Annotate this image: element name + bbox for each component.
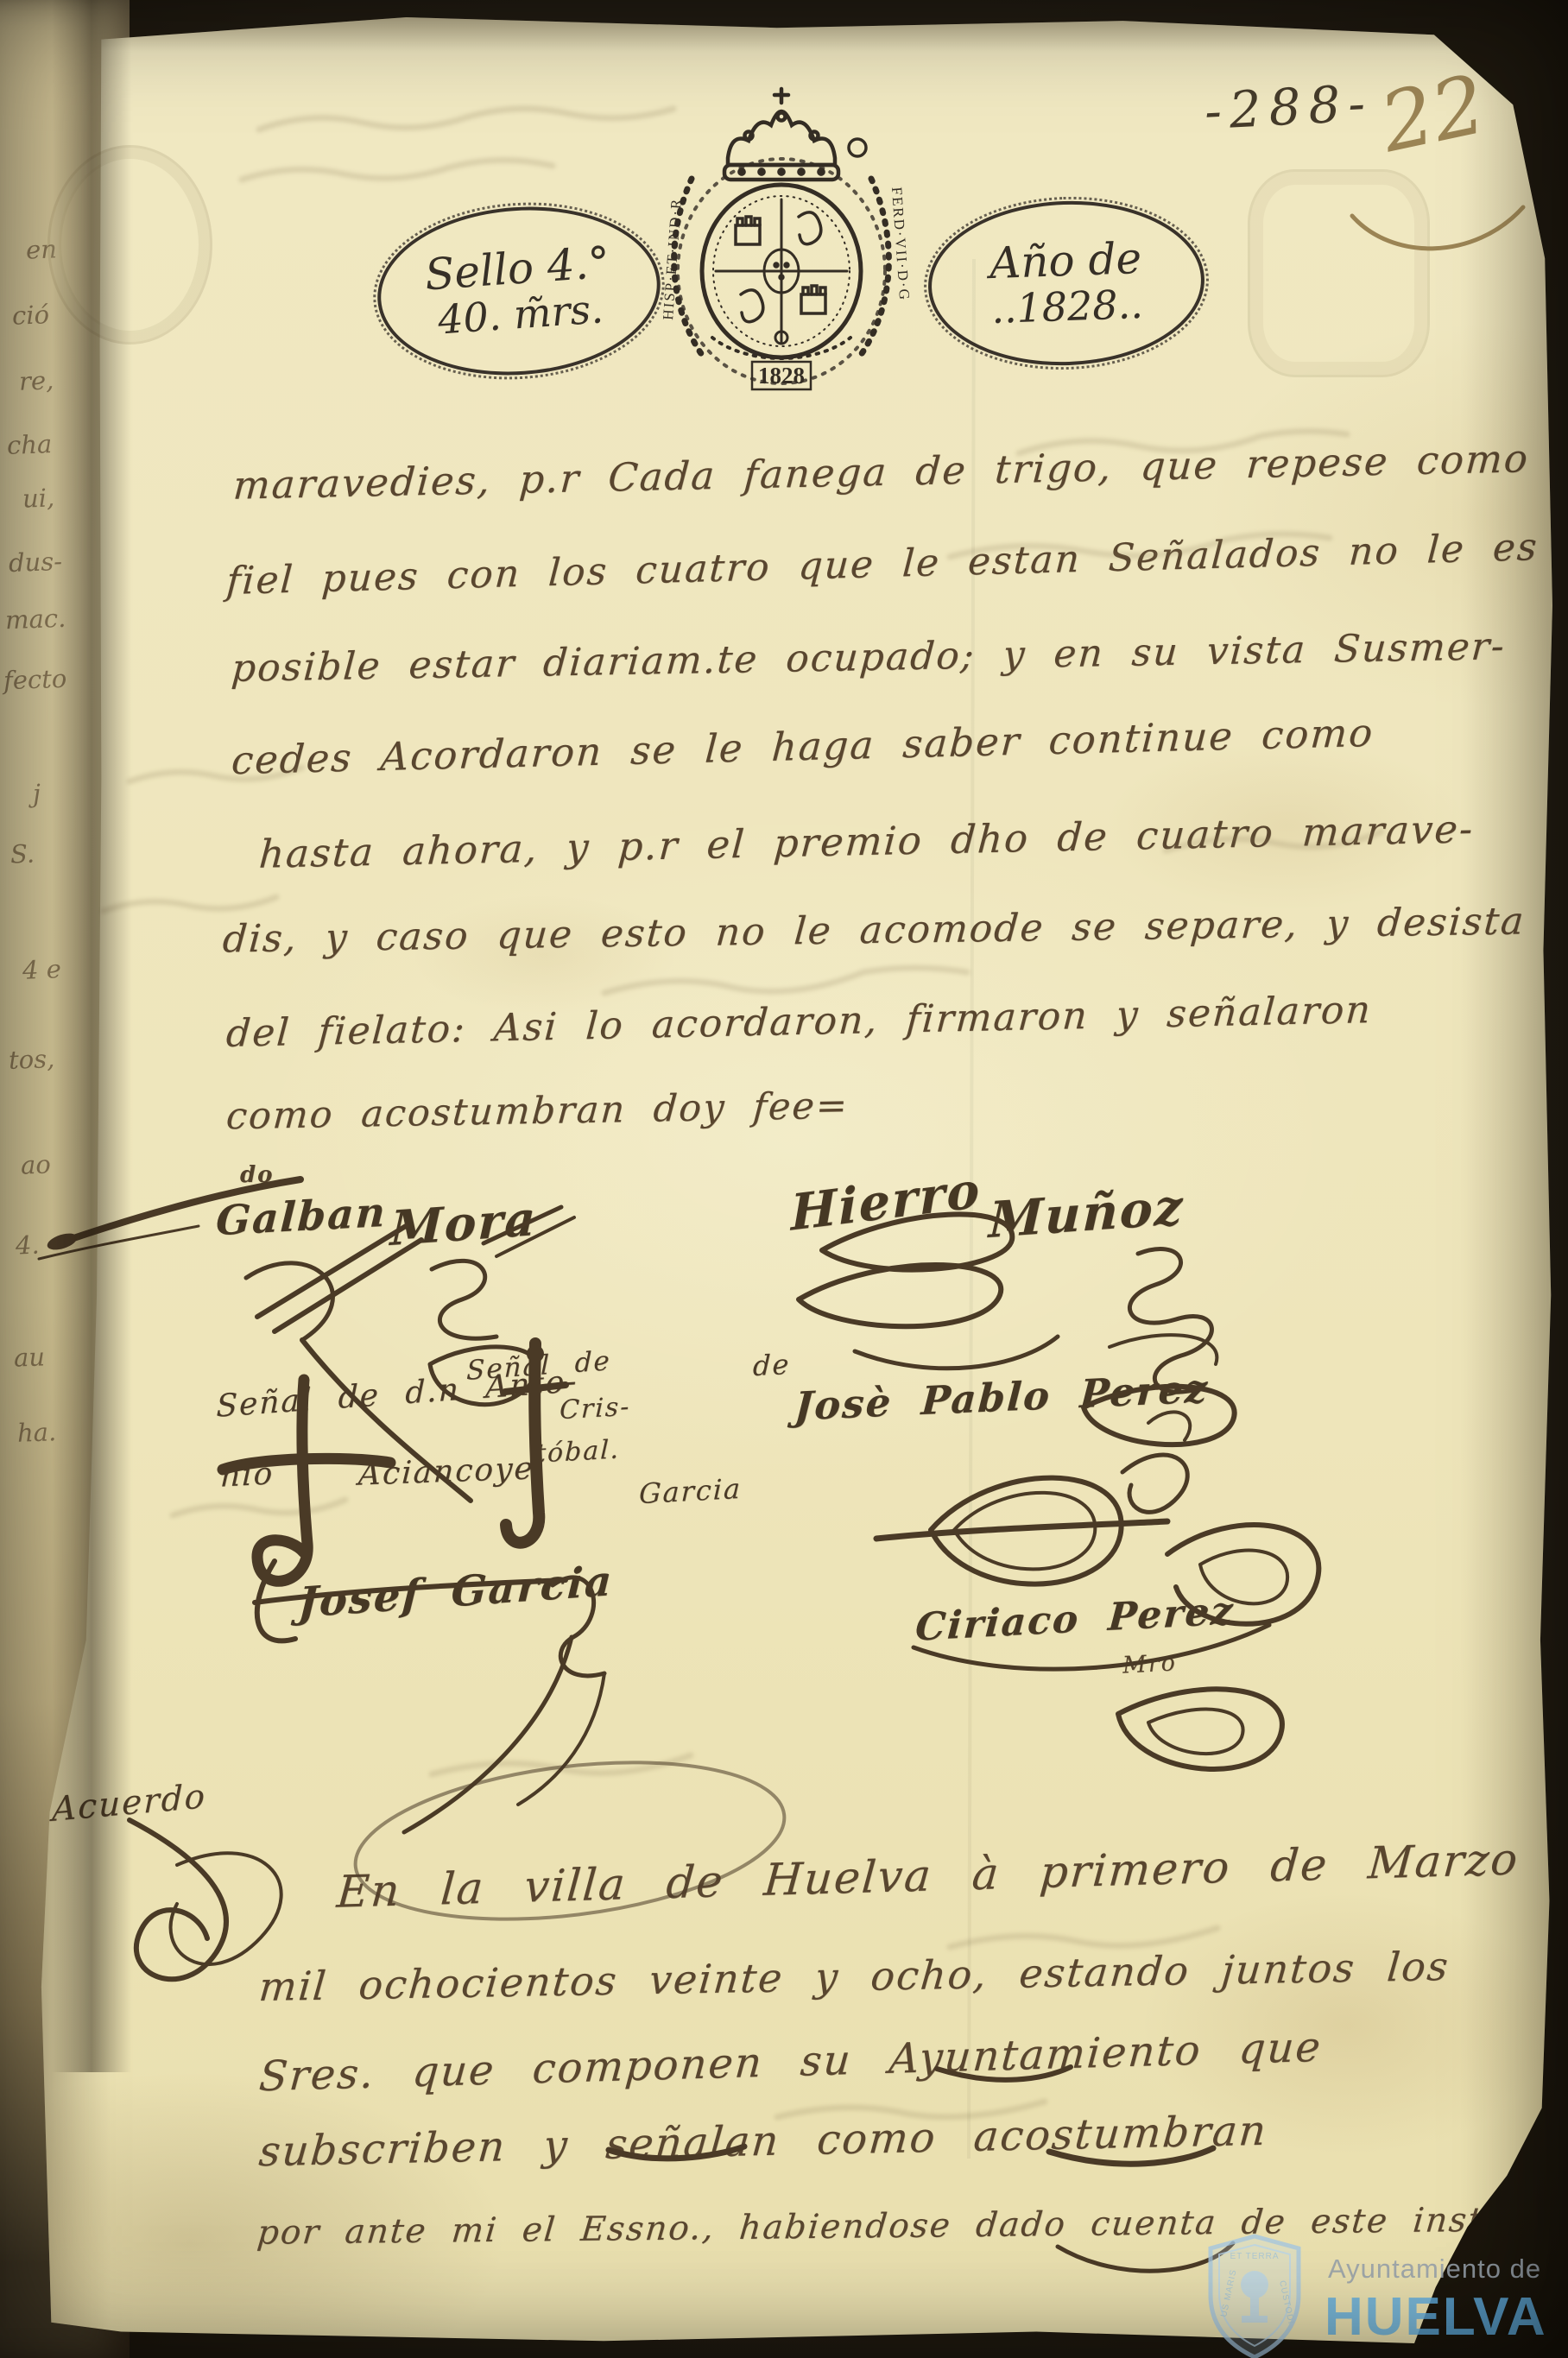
folio-annotation: 22 xyxy=(1373,58,1494,171)
stamp-class-text: Sello 4.° xyxy=(423,239,611,300)
witness-mark-label: nio xyxy=(219,1456,275,1494)
cutoff-text-fragment: ció xyxy=(11,300,49,330)
cutoff-text-fragment: ui, xyxy=(22,483,54,513)
royal-coat-of-arms-stamp: HISP·ET·IND·R FERD·VII·D·G 1828 xyxy=(626,68,937,396)
cutoff-text-fragment: cha xyxy=(6,429,52,460)
witness-mark-name: Garcia xyxy=(638,1472,742,1510)
cutoff-text-fragment: S. xyxy=(9,839,35,869)
archive-photo: { "page": { "folio_number": "-288-", "fo… xyxy=(0,0,1568,2358)
ornament-ring xyxy=(849,139,866,156)
folio-number: -288- xyxy=(1203,73,1374,141)
manuscript-line: del fielato: Asi lo acordaron, firmaron … xyxy=(224,988,1373,1056)
cutoff-text-fragment: dus- xyxy=(8,547,62,578)
manuscript-line: hasta ahora, y p.r el premio dho de cuat… xyxy=(257,806,1476,877)
cutoff-text-fragment: en xyxy=(25,234,57,264)
stamp-year-value: ..1828.. xyxy=(990,282,1143,332)
cutoff-text-fragment: j xyxy=(32,779,41,808)
signature-ciriaco-perez: Ciriaco Perez xyxy=(914,1589,1236,1650)
arms-shield xyxy=(702,185,861,357)
manuscript-line: cedes Acordaron se le haga saber continu… xyxy=(231,710,1375,783)
cutoff-text-fragment: tos, xyxy=(8,1044,54,1075)
document-page: Sello 4.° 40. m̃rs. xyxy=(35,14,1552,2343)
manuscript-line: Sres. que componen su Ayuntamiento que xyxy=(257,2023,1324,2102)
manuscript-line: subscriben y señalan como acostumbran xyxy=(257,2107,1269,2177)
signature-mora: Mora xyxy=(389,1190,538,1256)
cutoff-text-fragment: mac. xyxy=(4,604,66,635)
witness-mark-label: Señal de xyxy=(466,1345,611,1387)
witness-mark-name: tóbal. xyxy=(534,1434,620,1469)
tax-stamp-denomination-oval: Sello 4.° 40. m̃rs. xyxy=(372,198,667,384)
cutoff-text-fragment: ha. xyxy=(16,1417,56,1448)
manuscript-line: por ante mi el Essno., habiendose dado c… xyxy=(256,2200,1544,2253)
signature-hierro: Hierro xyxy=(790,1160,981,1242)
stamp-price-text: 40. m̃rs. xyxy=(437,288,605,343)
cutoff-text-fragment: au xyxy=(13,1342,45,1372)
cutoff-text-fragment: ao xyxy=(20,1149,51,1179)
manuscript-line: fiel pues con los cuatro que le estan Se… xyxy=(225,525,1540,604)
signature-josef-garcia: Josef Garcia xyxy=(297,1557,615,1628)
manuscript-line: En la villa de Huelva à primero de Marzo… xyxy=(335,1831,1568,1919)
stamp-year: 1828 xyxy=(758,363,805,389)
signature-munoz: Muñoz xyxy=(988,1178,1185,1249)
stamp-legend-right: FERD·VII·D·G xyxy=(888,186,913,302)
royal-crown xyxy=(724,89,838,180)
tax-stamp-year-oval: Año de ..1828.. xyxy=(926,196,1207,370)
signature-galban: Galban xyxy=(215,1189,389,1246)
signature-jose-pablo-perez: Josè Pablo Perez xyxy=(793,1365,1211,1429)
witness-mark-label: de xyxy=(752,1348,791,1382)
signature-superscript: do xyxy=(240,1162,275,1188)
signature-note: Mro xyxy=(1122,1649,1177,1678)
witness-mark-name: Cris- xyxy=(559,1392,631,1426)
cutoff-text-fragment: fecto xyxy=(3,664,66,696)
cutoff-text-fragment: 4 e xyxy=(22,954,61,985)
manuscript-line: maravedies, p.r Cada fanega de trigo, qu… xyxy=(231,435,1530,509)
stamp-year-label: Año de xyxy=(989,235,1142,288)
manuscript-line: dis, y caso que esto no le acomode se se… xyxy=(221,899,1527,961)
witness-mark-name: Aciancoye xyxy=(357,1451,535,1492)
manuscript-line: como acostumbran doy fee= xyxy=(224,1084,850,1139)
cutoff-text-fragment: re, xyxy=(18,365,54,395)
margin-note-acuerdo: Acuerdo xyxy=(52,1777,206,1830)
manuscript-line: mil ochocientos veinte y ocho, estando j… xyxy=(257,1943,1451,2010)
cutoff-text-fragment: 4. xyxy=(15,1230,40,1261)
manuscript-line: posible estar diariam.te ocupado; y en s… xyxy=(230,624,1507,691)
